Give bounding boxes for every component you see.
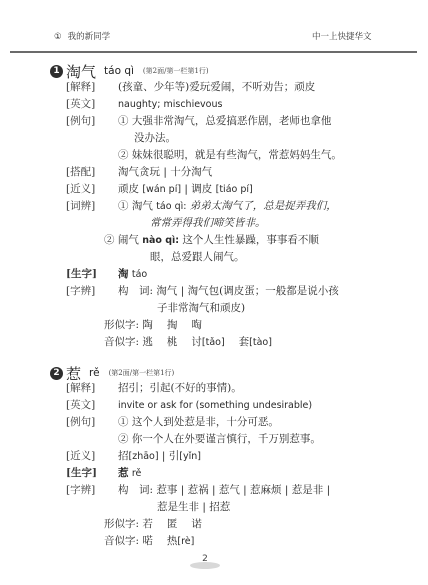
distinction-example: 常常弄得我们啼笑皆非。 — [150, 217, 266, 229]
synonyms-row: [近义]顽皮 [wán pí] | 调皮 [tiáo pí] — [66, 181, 253, 198]
example-text: 你一个人在外要谨言慎行，千万别惹事。 — [132, 433, 321, 445]
word-building-label: 构 词: — [118, 484, 153, 496]
page-reference: (第2面/第一栏第1行) — [143, 66, 209, 76]
word-building-text: 惹是生非 | 招惹 — [157, 501, 230, 513]
example-number: ② — [118, 149, 129, 161]
distinction-row-continuation: 眼，总爱跟人闹气。 — [150, 249, 245, 266]
collocation-row: [搭配]淘气贪玩 | 十分淘气 — [66, 164, 212, 181]
explanation-text: 招引；引起(不好的事情)。 — [118, 382, 242, 394]
new-char-tag: [生字] — [66, 266, 118, 283]
similar-sound-pinyin: [tào] — [249, 337, 272, 348]
examples-tag: [例句] — [66, 113, 118, 130]
example-text: 没办法。 — [134, 132, 176, 144]
lesson-number: ① — [54, 32, 62, 42]
word-building-continuation: 子非常淘气和顽皮) — [157, 300, 245, 317]
page-number: 2 — [190, 556, 220, 568]
english-text: invite or ask for (something undesirable… — [118, 400, 312, 411]
char-analysis-tag: [字辨] — [66, 283, 118, 300]
english-text: naughty; mischievous — [118, 99, 222, 110]
word-building-text: 淘气 | 淘气包(调皮蛋；一般都是说小孩 — [156, 285, 338, 297]
synonym-pinyin: [wán pí] — [142, 184, 181, 195]
page-reference: (第2面/第一栏第1行) — [109, 368, 175, 378]
synonyms-tag: [近义] — [66, 181, 118, 198]
new-char-pinyin: táo — [132, 269, 147, 280]
distinction-tag: [词辨] — [66, 198, 118, 215]
similar-shape-row: 形似字: 若匿诺 — [104, 516, 202, 533]
distinction-row: ② 闹气 nào qì: 这个人生性暴躁，事事看不顺 — [104, 232, 319, 249]
examples-tag: [例句] — [66, 414, 118, 431]
headword-pinyin: táo qì — [104, 65, 134, 77]
lesson-title: 我的新同学 — [68, 32, 111, 42]
char-analysis-row: [字辨]构 词: 淘气 | 淘气包(调皮蛋；一般都是说小孩 — [66, 283, 339, 300]
similar-sound-row: 音似字: 喏热[rè] — [104, 533, 194, 550]
distinction-example: 弟弟太淘气了，总是捉弄我们， — [190, 200, 337, 212]
similar-shape-label: 形似字: — [104, 518, 139, 530]
similar-shape-char: 若 — [142, 518, 153, 530]
collocation-tag: [搭配] — [66, 164, 118, 181]
example-row: ② 你一个人在外要谨言慎行，千万别惹事。 — [118, 431, 321, 448]
example-row: [例句]① 这个人到处惹是非，十分可恶。 — [66, 414, 279, 431]
synonym-pinyin: [yǐn] — [179, 451, 201, 462]
synonym-word: 顽皮 — [118, 183, 139, 195]
similar-sound-char: 套 — [239, 336, 250, 348]
distinction-number: ② — [104, 234, 115, 246]
entry-title: 1 淘气 táo qì (第2面/第一栏第1行) — [50, 62, 209, 80]
book-title: 中一上快捷华文 — [312, 30, 372, 42]
word-building-label: 构 词: — [118, 285, 153, 297]
headword-pinyin: rě — [89, 367, 100, 379]
similar-sound-pinyin: [tǎo] — [202, 337, 225, 348]
example-number: ② — [118, 433, 129, 445]
example-row: ② 妹妹很聪明，就是有些淘气，常惹妈妈生气。 — [118, 147, 342, 164]
page-number-text: 2 — [190, 554, 220, 564]
char-analysis-tag: [字辨] — [66, 482, 118, 499]
example-text: 这个人到处惹是非，十分可恶。 — [132, 416, 279, 428]
new-char-tag: [生字] — [66, 465, 118, 482]
similar-shape-row: 形似字: 陶掏啕 — [104, 317, 202, 334]
collocation-text: 淘气贪玩 | 十分淘气 — [118, 166, 212, 178]
word-building-continuation: 惹是生非 | 招惹 — [157, 499, 230, 516]
word-building-text: 子非常淘气和顽皮) — [157, 302, 245, 314]
similar-shape-label: 形似字: — [104, 319, 139, 331]
new-char-row: [生字]淘 táo — [66, 266, 147, 283]
similar-shape-char: 啕 — [191, 319, 202, 331]
english-tag: [英文] — [66, 397, 118, 414]
synonym-pinyin: [tiáo pí] — [216, 184, 253, 195]
english-row: [英文]naughty; mischievous — [66, 96, 222, 113]
distinction-pinyin: táo qì: — [156, 201, 186, 212]
distinction-pinyin: nào qì: — [142, 235, 179, 246]
synonym-word: 调皮 — [191, 183, 212, 195]
similar-sound-pinyin: [rè] — [177, 536, 194, 547]
char-analysis-row: [字辨]构 词: 惹事 | 惹祸 | 惹气 | 惹麻烦 | 惹是非 | — [66, 482, 330, 499]
distinction-number: ① — [118, 200, 129, 212]
new-char: 淘 — [118, 268, 129, 280]
similar-sound-char: 逃 — [142, 336, 153, 348]
similar-sound-char: 喏 — [142, 535, 153, 547]
distinction-word: 闹气 — [118, 234, 139, 246]
synonym-word: 引 — [169, 450, 180, 462]
distinction-example: 眼，总爱跟人闹气。 — [150, 251, 245, 263]
entry-number-badge: 1 — [50, 65, 63, 78]
explanation-row: [解释]招引；引起(不好的事情)。 — [66, 380, 242, 397]
synonyms-row: [近义]招[zhāo] | 引[yǐn] — [66, 448, 201, 465]
synonym-pinyin: [zhāo] — [129, 451, 159, 462]
distinction-example: 这个人生性暴躁，事事看不顺 — [182, 234, 319, 246]
example-number: ① — [118, 416, 129, 428]
explanation-text: (孩童、少年等)爱玩爱闹，不听劝告；顽皮 — [118, 81, 315, 93]
similar-sound-row: 音似字: 逃桃讨[tǎo]套[tào] — [104, 334, 272, 351]
english-row: [英文]invite or ask for (something undesir… — [66, 397, 312, 414]
distinction-word: 淘气 — [132, 200, 153, 212]
distinction-row-continuation: 常常弄得我们啼笑皆非。 — [150, 215, 266, 232]
new-char-pinyin: rě — [132, 468, 142, 479]
similar-shape-char: 陶 — [142, 319, 153, 331]
similar-shape-char: 掏 — [167, 319, 178, 331]
similar-sound-label: 音似字: — [104, 535, 139, 547]
similar-sound-label: 音似字: — [104, 336, 139, 348]
explanation-tag: [解释] — [66, 380, 118, 397]
example-text: 妹妹很聪明，就是有些淘气，常惹妈妈生气。 — [132, 149, 342, 161]
new-char: 惹 — [118, 467, 129, 479]
example-row-continuation: 没办法。 — [134, 130, 176, 147]
synonym-word: 招 — [118, 450, 129, 462]
entry-number-badge: 2 — [50, 367, 63, 380]
explanation-row: [解释](孩童、少年等)爱玩爱闹，不听劝告；顽皮 — [66, 79, 315, 96]
similar-shape-char: 诺 — [191, 518, 202, 530]
word-building-text: 惹事 | 惹祸 | 惹气 | 惹麻烦 | 惹是非 | — [156, 484, 330, 496]
header-divider — [10, 51, 417, 53]
synonyms-tag: [近义] — [66, 448, 118, 465]
similar-sound-char: 热 — [167, 535, 178, 547]
similar-sound-char: 桃 — [167, 336, 178, 348]
new-char-row: [生字]惹 rě — [66, 465, 141, 482]
explanation-tag: [解释] — [66, 79, 118, 96]
example-row: [例句]① 大强非常淘气，总爱搞恶作剧，老师也拿他 — [66, 113, 331, 130]
similar-sound-char: 讨 — [191, 336, 202, 348]
similar-shape-char: 匿 — [167, 518, 178, 530]
english-tag: [英文] — [66, 96, 118, 113]
running-head: ①我的新同学 中一上快捷华文 — [0, 30, 428, 44]
example-text: 大强非常淘气，总爱搞恶作剧，老师也拿他 — [132, 115, 332, 127]
example-number: ① — [118, 115, 129, 127]
lesson-label: ①我的新同学 — [54, 30, 110, 42]
distinction-row: [词辨]① 淘气 táo qì: 弟弟太淘气了，总是捉弄我们， — [66, 198, 337, 215]
